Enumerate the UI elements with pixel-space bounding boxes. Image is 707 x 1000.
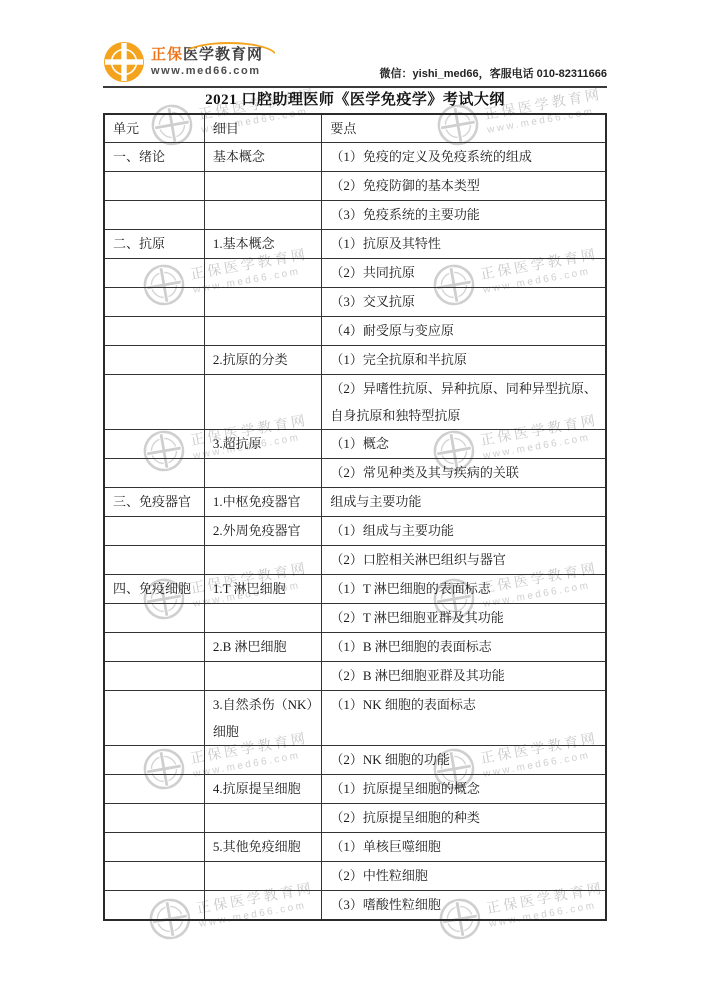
unit-cell [104, 201, 204, 230]
point-cell: （2）T 淋巴细胞亚群及其功能 [322, 604, 606, 633]
unit-cell [104, 804, 204, 833]
table-row: 2.B 淋巴细胞（1）B 淋巴细胞的表面标志 [104, 633, 606, 662]
column-header: 细目 [204, 114, 321, 143]
table-row: （2）口腔相关淋巴组织与器官 [104, 546, 606, 575]
table-row: 2.外周免疫器官（1）组成与主要功能 [104, 517, 606, 546]
unit-cell [104, 375, 204, 430]
item-cell [204, 288, 321, 317]
table-row: （2）免疫防御的基本类型 [104, 172, 606, 201]
point-cell: （1）NK 细胞的表面标志 [322, 691, 606, 746]
item-cell: 5.其他免疫细胞 [204, 833, 321, 862]
point-cell: （2）口腔相关淋巴组织与器官 [322, 546, 606, 575]
item-cell: 2.B 淋巴细胞 [204, 633, 321, 662]
item-cell: 1.基本概念 [204, 230, 321, 259]
syllabus-table: 单元细目要点 一、绪论基本概念（1）免疫的定义及免疫系统的组成（2）免疫防御的基… [103, 113, 607, 921]
unit-cell [104, 459, 204, 488]
point-cell: （1）概念 [322, 430, 606, 459]
item-cell: 3.超抗原 [204, 430, 321, 459]
item-cell: 2.外周免疫器官 [204, 517, 321, 546]
table-row: 二、抗原1.基本概念（1）抗原及其特性 [104, 230, 606, 259]
item-cell: 1.中枢免疫器官 [204, 488, 321, 517]
table-row: 四、免疫细胞1.T 淋巴细胞（1）T 淋巴细胞的表面标志 [104, 575, 606, 604]
unit-cell: 二、抗原 [104, 230, 204, 259]
logo-arc-decoration [181, 42, 277, 56]
unit-cell [104, 746, 204, 775]
page-title: 2021 口腔助理医师《医学免疫学》考试大纲 [103, 88, 607, 113]
item-cell [204, 862, 321, 891]
item-cell: 2.抗原的分类 [204, 346, 321, 375]
logo-text-block: 正保医学教育网 www.med66.com [151, 47, 263, 77]
item-cell [204, 804, 321, 833]
point-cell: （1）抗原提呈细胞的概念 [322, 775, 606, 804]
point-cell: （1）T 淋巴细胞的表面标志 [322, 575, 606, 604]
column-header: 要点 [322, 114, 606, 143]
table-row: （2）常见种类及其与疾病的关联 [104, 459, 606, 488]
unit-cell [104, 891, 204, 921]
item-cell [204, 201, 321, 230]
unit-cell [104, 517, 204, 546]
unit-cell [104, 546, 204, 575]
point-cell: （2）NK 细胞的功能 [322, 746, 606, 775]
site-logo: 正保医学教育网 www.med66.com [103, 41, 263, 83]
unit-cell: 一、绪论 [104, 143, 204, 172]
unit-cell [104, 430, 204, 459]
point-cell: （4）耐受原与变应原 [322, 317, 606, 346]
unit-cell [104, 259, 204, 288]
table-row: （3）嗜酸性粒细胞 [104, 891, 606, 921]
item-cell: 基本概念 [204, 143, 321, 172]
med66-logo-icon [103, 41, 145, 83]
unit-cell: 四、免疫细胞 [104, 575, 204, 604]
point-cell: （2）B 淋巴细胞亚群及其功能 [322, 662, 606, 691]
point-cell: （1）B 淋巴细胞的表面标志 [322, 633, 606, 662]
table-header-row: 单元细目要点 [104, 114, 606, 143]
table-row: （2）异嗜性抗原、异种抗原、同种异型抗原、自身抗原和独特型抗原 [104, 375, 606, 430]
item-cell [204, 172, 321, 201]
point-cell: （2）共同抗原 [322, 259, 606, 288]
point-cell: （3）免疫系统的主要功能 [322, 201, 606, 230]
point-cell: （2）抗原提呈细胞的种类 [322, 804, 606, 833]
table-row: （2）NK 细胞的功能 [104, 746, 606, 775]
table-row: （2）T 淋巴细胞亚群及其功能 [104, 604, 606, 633]
point-cell: （2）免疫防御的基本类型 [322, 172, 606, 201]
point-cell: （3）交叉抗原 [322, 288, 606, 317]
syllabus-table-body: 一、绪论基本概念（1）免疫的定义及免疫系统的组成（2）免疫防御的基本类型（3）免… [104, 143, 606, 921]
unit-cell: 三、免疫器官 [104, 488, 204, 517]
document-page: 正保医学教育网 www.med66.com 正保医学教育网 www.med66.… [0, 0, 707, 1000]
item-cell [204, 604, 321, 633]
point-cell: （2）异嗜性抗原、异种抗原、同种异型抗原、自身抗原和独特型抗原 [322, 375, 606, 430]
point-cell: （1）免疫的定义及免疫系统的组成 [322, 143, 606, 172]
table-row: （2）共同抗原 [104, 259, 606, 288]
brand-name-highlight: 正保 [151, 46, 183, 63]
unit-cell [104, 172, 204, 201]
item-cell [204, 891, 321, 921]
table-row: 5.其他免疫细胞（1）单核巨噬细胞 [104, 833, 606, 862]
unit-cell [104, 775, 204, 804]
contact-info: 微信：yishi_med66，客服电话 010-82311666 [380, 65, 607, 81]
item-cell [204, 662, 321, 691]
page-header: 正保医学教育网 www.med66.com 微信：yishi_med66，客服电… [103, 40, 607, 88]
unit-cell [104, 833, 204, 862]
table-row: 4.抗原提呈细胞（1）抗原提呈细胞的概念 [104, 775, 606, 804]
column-header: 单元 [104, 114, 204, 143]
table-row: 3.自然杀伤（NK）细胞（1）NK 细胞的表面标志 [104, 691, 606, 746]
item-cell: 4.抗原提呈细胞 [204, 775, 321, 804]
item-cell [204, 375, 321, 430]
item-cell [204, 259, 321, 288]
point-cell: 组成与主要功能 [322, 488, 606, 517]
item-cell [204, 317, 321, 346]
unit-cell [104, 662, 204, 691]
item-cell: 1.T 淋巴细胞 [204, 575, 321, 604]
table-row: 2.抗原的分类（1）完全抗原和半抗原 [104, 346, 606, 375]
table-row: （2）B 淋巴细胞亚群及其功能 [104, 662, 606, 691]
point-cell: （1）完全抗原和半抗原 [322, 346, 606, 375]
unit-cell [104, 633, 204, 662]
unit-cell [104, 346, 204, 375]
unit-cell [104, 317, 204, 346]
point-cell: （3）嗜酸性粒细胞 [322, 891, 606, 921]
table-row: 3.超抗原（1）概念 [104, 430, 606, 459]
point-cell: （1）单核巨噬细胞 [322, 833, 606, 862]
unit-cell [104, 691, 204, 746]
table-row: （2）中性粒细胞 [104, 862, 606, 891]
site-url: www.med66.com [151, 66, 263, 77]
unit-cell [104, 862, 204, 891]
item-cell: 3.自然杀伤（NK）细胞 [204, 691, 321, 746]
item-cell [204, 746, 321, 775]
content-column: 正保医学教育网 www.med66.com 微信：yishi_med66，客服电… [103, 0, 607, 921]
point-cell: （2）常见种类及其与疾病的关联 [322, 459, 606, 488]
point-cell: （1）抗原及其特性 [322, 230, 606, 259]
item-cell [204, 546, 321, 575]
point-cell: （1）组成与主要功能 [322, 517, 606, 546]
table-row: 一、绪论基本概念（1）免疫的定义及免疫系统的组成 [104, 143, 606, 172]
table-row: （4）耐受原与变应原 [104, 317, 606, 346]
table-row: （3）免疫系统的主要功能 [104, 201, 606, 230]
point-cell: （2）中性粒细胞 [322, 862, 606, 891]
table-row: （2）抗原提呈细胞的种类 [104, 804, 606, 833]
table-row: （3）交叉抗原 [104, 288, 606, 317]
unit-cell [104, 604, 204, 633]
table-row: 三、免疫器官1.中枢免疫器官组成与主要功能 [104, 488, 606, 517]
item-cell [204, 459, 321, 488]
unit-cell [104, 288, 204, 317]
